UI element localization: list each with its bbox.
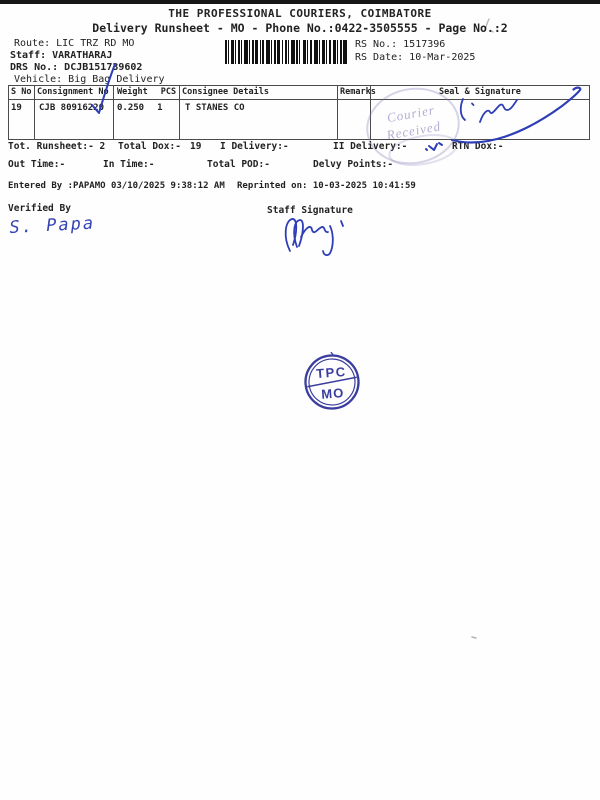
company-title: THE PROFESSIONAL COURIERS, COIMBATORE: [0, 7, 600, 20]
scan-speck-bottom: [472, 637, 476, 638]
runsheet-subtitle: Delivery Runsheet - MO - Phone No.:0422-…: [0, 21, 600, 35]
drs-no-line: DRS No.: DCJB151739602: [10, 62, 142, 73]
scan-artifact-bar: [0, 0, 600, 4]
col-header-remarks: Remarks: [338, 86, 371, 100]
col-header-weight-pcs: Weight PCS: [114, 86, 180, 100]
staff-signature-squiggle: [301, 227, 328, 237]
entered-by-line: Entered By :PAPAMO 03/10/2025 9:38:12 AM: [8, 181, 225, 191]
staff-signature-loop2: [294, 220, 303, 247]
reprinted-on-line: Reprinted on: 10-03-2025 10:41:59: [237, 181, 416, 191]
staff-signature-label: Staff Signature: [267, 205, 353, 216]
col-header-pcs: PCS: [161, 87, 176, 98]
rs-no-line: RS No.: 1517396: [355, 39, 445, 50]
verified-by-signature: S. Papa: [9, 214, 96, 238]
col-header-weight: Weight: [117, 87, 148, 98]
rs-date-line: RS Date: 10-Mar-2025: [355, 52, 475, 63]
staff-signature-loop1: [286, 219, 297, 251]
col-header-s-no: S No: [9, 86, 35, 100]
staff-signature-tail: [323, 226, 333, 255]
total-dox-label: Total Dox:-: [118, 141, 181, 152]
row-consignment-no: CJB 80916220: [35, 100, 114, 139]
tpc-mo-stamp: TPC MO: [300, 350, 364, 414]
out-time: Out Time:-: [8, 159, 65, 170]
consignment-table: S No Consignment No Weight PCS Consignee…: [8, 85, 590, 140]
delvy-points: Delvy Points:-: [313, 159, 393, 170]
vehicle-line: Vehicle: Big Bag Delivery: [14, 74, 165, 85]
total-pod: Total POD:-: [207, 159, 270, 170]
route-line: Route: LIC TRZ RD MO: [14, 38, 134, 49]
staff-line: Staff: VARATHARAJ: [10, 50, 112, 61]
row-pcs: 1: [157, 103, 162, 138]
row-consignee: T STANES CO: [180, 100, 338, 139]
in-time: In Time:-: [103, 159, 154, 170]
row-s-no: 19: [9, 100, 35, 139]
barcode-image: [225, 40, 347, 64]
row-weight-pcs: 0.250 1: [114, 100, 180, 139]
tot-runsheet: Tot. Runsheet:- 2: [8, 141, 105, 152]
staff-signature-apostrophe: [341, 221, 343, 226]
runsheet-document: THE PROFESSIONAL COURIERS, COIMBATORE De…: [0, 0, 600, 800]
total-dox-value: 19: [190, 141, 201, 152]
rtn-dox: RTN Dox:-: [452, 141, 503, 152]
ii-delivery: II Delivery:-: [333, 141, 407, 152]
i-delivery: I Delivery:-: [220, 141, 289, 152]
tpc-stamp-text-top: TPC: [316, 364, 347, 381]
col-header-consignment-no: Consignment No: [35, 86, 114, 100]
verified-by-label: Verified By: [8, 203, 71, 214]
row-weight: 0.250: [117, 103, 144, 138]
col-header-consignee: Consignee Details: [180, 86, 338, 100]
tpc-stamp-text-bottom: MO: [321, 385, 345, 402]
